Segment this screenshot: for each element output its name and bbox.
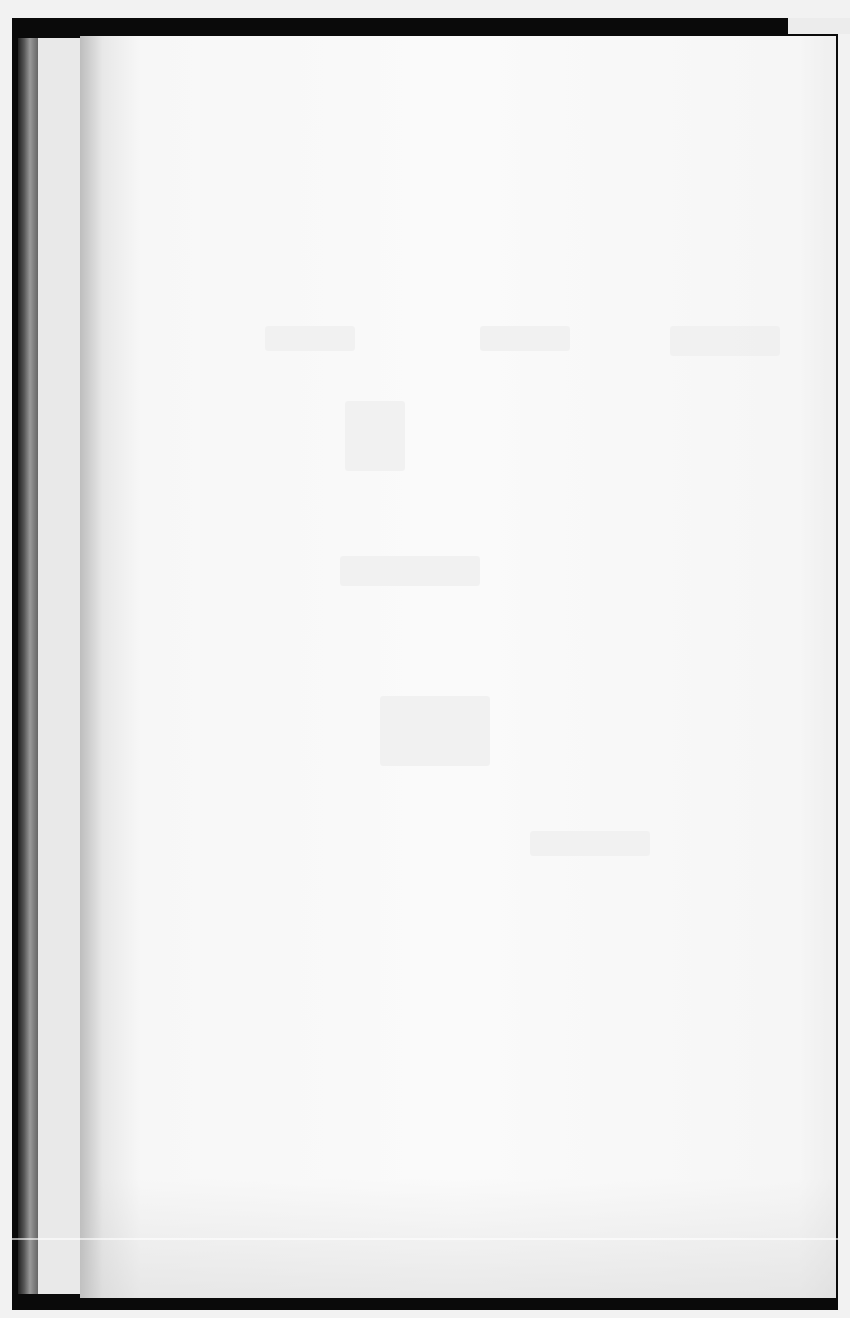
bleed-through-mark xyxy=(265,326,355,351)
book-spine-edge xyxy=(18,38,38,1294)
bleed-through-mark xyxy=(670,326,780,356)
bleed-through-mark xyxy=(530,831,650,856)
page-stack-edge xyxy=(38,38,80,1294)
bleed-through-mark xyxy=(380,696,490,766)
blank-page xyxy=(80,36,836,1298)
bleed-through-mark xyxy=(345,401,405,471)
scan-artifact-line xyxy=(12,1238,838,1240)
bleed-through-mark xyxy=(480,326,570,351)
bleed-through-mark xyxy=(340,556,480,586)
scan-background-corner xyxy=(788,18,850,34)
